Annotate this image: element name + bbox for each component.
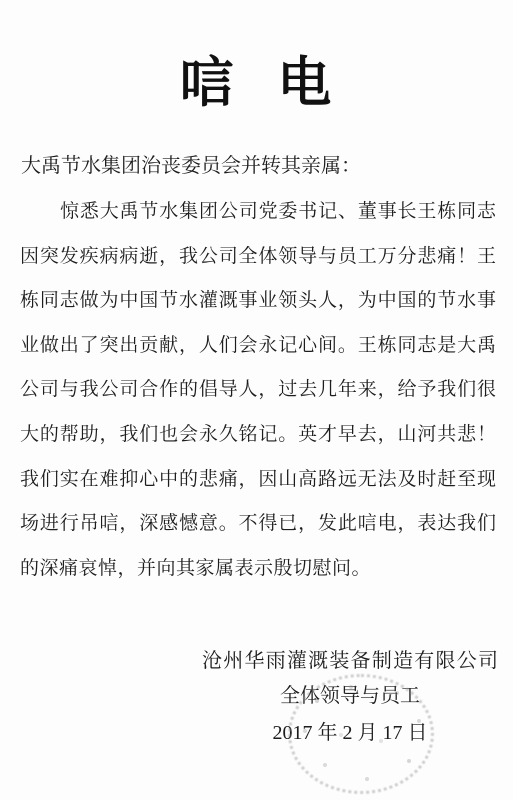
body-line-5: 公司与我公司合作的倡导人，过去几年来，给予我们很	[20, 368, 496, 413]
signature-company-name: 沧州华雨灌溉装备制造有限公司	[202, 644, 498, 678]
body-line-7: 我们实在难抑心中的悲痛，因山高路远无法及时赶至现	[20, 458, 496, 503]
body-line-3: 栋同志做为中国节水灌溉事业领头人，为中国的节水事	[20, 279, 496, 324]
body-line-6: 大的帮助，我们也会永久铭记。英才早去，山河共悲！	[20, 413, 496, 458]
condolence-telegram-page: 唁 电 大禹节水集团治丧委员会并转其亲属： 惊悉大禹节水集团公司党委书记、董事长…	[0, 0, 513, 800]
salutation-line: 大禹节水集团治丧委员会并转其亲属：	[21, 150, 501, 182]
body-line-1: 惊悉大禹节水集团公司党委书记、董事长王栋同志	[20, 190, 496, 235]
stamp-speckle-noise	[310, 690, 312, 692]
body-line-2: 因突发疾病病逝，我公司全体领导与员工万分悲痛！王	[20, 235, 496, 280]
body-line-4: 业做出了突出贡献，人们会永记心间。王栋同志是大禹	[20, 324, 496, 369]
body-line-8: 场进行吊唁，深感憾意。不得已，发此唁电，表达我们	[20, 502, 496, 547]
company-seal-stamp-icon	[288, 674, 434, 794]
body-paragraph: 惊悉大禹节水集团公司党委书记、董事长王栋同志 因突发疾病病逝，我公司全体领导与员…	[20, 190, 496, 591]
body-line-9: 的深痛哀悼，并向其家属表示殷切慰问。	[20, 547, 496, 592]
document-title: 唁 电	[0, 40, 513, 117]
